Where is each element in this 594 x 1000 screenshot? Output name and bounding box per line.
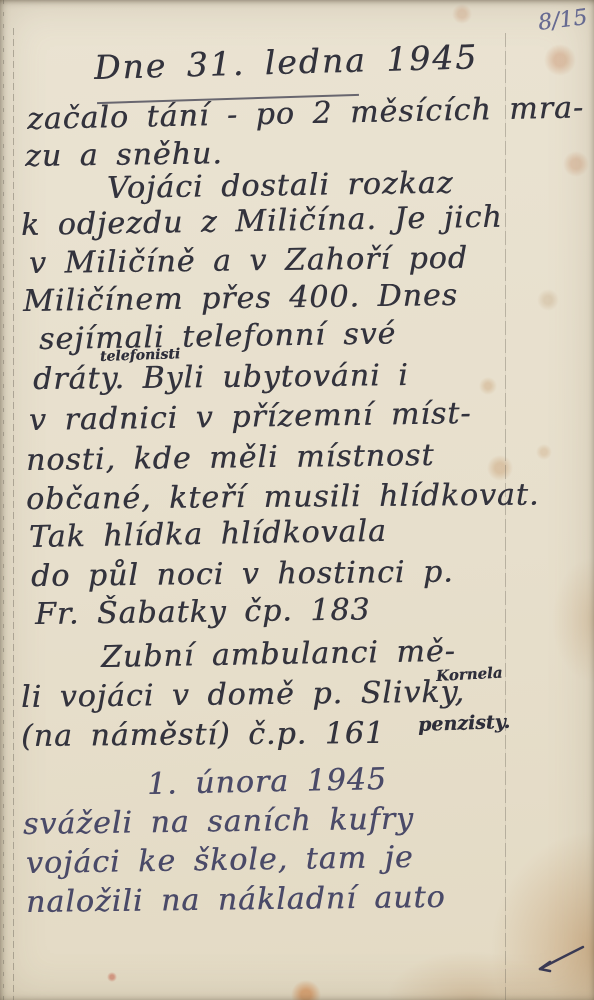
handwritten-line: Fr. Šabatky čp. 183	[35, 592, 371, 632]
handwritten-line: Vojáci dostali rozkaz	[107, 166, 454, 206]
interline-insertion-penzisty: penzisty.	[418, 711, 511, 736]
handwritten-line: Miličínem přes 400. Dnes	[23, 278, 458, 319]
handwritten-line: sejímali telefonní své	[39, 316, 397, 357]
interline-insertion-kornela: Kornela	[436, 664, 503, 685]
pen-arrow-mark	[531, 944, 585, 978]
handwritten-line: nosti, kde měli místnost	[26, 438, 435, 478]
page-number: 8/15	[537, 5, 589, 36]
handwritten-line: (na náměstí) č.p. 161	[21, 716, 385, 754]
handwritten-line: občané, kteří musili hlídkovat.	[26, 478, 540, 517]
handwritten-line: Zubní ambulanci mě-	[101, 634, 456, 675]
page-edge-line	[3, 0, 4, 1000]
handwritten-line: sváželi na saních kufry	[23, 802, 414, 842]
handwritten-line: v Miličíně a v Zahoří pod	[29, 241, 468, 281]
handwritten-line: zu a sněhu.	[25, 136, 223, 174]
right-margin-pencil-line	[505, 33, 506, 1000]
handwritten-line: li vojáci v domě p. Slivky,	[21, 675, 465, 715]
handwritten-line: vojáci ke škole, tam je	[26, 840, 414, 881]
date-heading-second: 1. února 1945	[147, 762, 388, 802]
handwritten-line: dráty. Byli ubytováni i	[33, 358, 409, 397]
interline-insertion-telefonisti: telefonisti	[100, 346, 181, 365]
handwritten-line: Tak hlídka hlídkovala	[29, 514, 387, 555]
manuscript-page: 8/15 Dne 31. ledna 1945 začalo tání - po…	[0, 0, 594, 1000]
handwritten-line: začalo tání - po 2 měsících mra-	[27, 90, 585, 137]
handwritten-line: k odjezdu z Miličína. Je jich	[21, 200, 503, 243]
date-heading: Dne 31. ledna 1945	[93, 37, 478, 87]
handwritten-line: do půl noci v hostinci p.	[31, 555, 454, 594]
handwritten-line: v radnici v přízemní míst-	[29, 396, 472, 438]
handwritten-line: naložili na nákladní auto	[26, 880, 446, 920]
left-margin-pencil-line	[13, 28, 14, 1000]
